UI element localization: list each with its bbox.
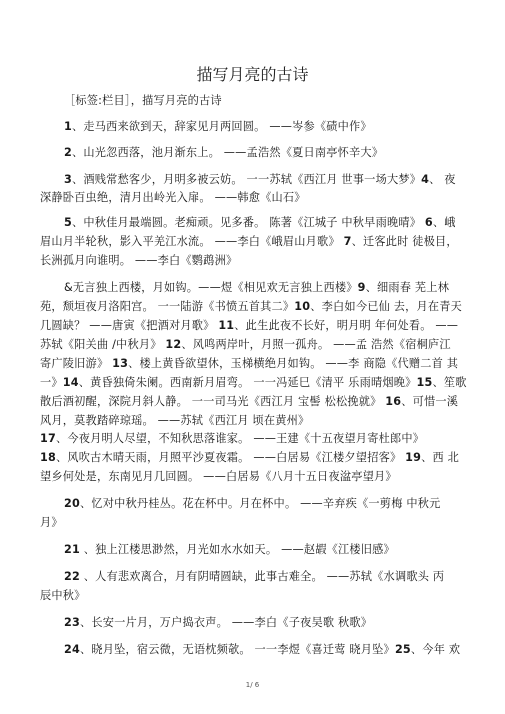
line-text: 望乡何处是，东南见月几回圆。 ——白居易《八月十五日夜湓亭望月》 [40, 470, 397, 483]
line-text: 、走马西来欲到天，辞家见月两回圆。 ——岑参《碛中作》 [72, 120, 372, 133]
line-number: 13 [112, 357, 128, 370]
line-text: 、此生此夜不长好，明月明 年何处看。 —— [234, 319, 458, 332]
poem-line-13: 一》14、黄昏独倚朱阑。西南新月眉弯。 一一冯延巳《清平 乐雨晴烟晚》15、笙歌 [40, 376, 467, 390]
line-text: 、迁客此时 徒极目， [352, 235, 458, 248]
line-number: 10 [294, 300, 310, 313]
line-number: 5 [64, 216, 72, 229]
line-text: 眉山月半轮秋，影入平羌江水流。 ——李白《峨眉山月歌》 [40, 235, 344, 248]
line-text: 、晓月坠，宿云微，无语枕频欹。 一一李煜《喜迁莺 晓月坠》 [80, 643, 395, 656]
line-text: 深静卧百虫绝，清月出岭光入扉。 ——韩愈《山石》 [40, 191, 306, 204]
poem-line-2: 2、山光忽西落，池月渐东上。 ——孟浩然《夏日南亭怀辛大》 [64, 146, 383, 160]
line-text: 、今夜月明人尽望，不知秋思落谁家。 ——王建《十五夜望月寄杜郎中》 [56, 432, 424, 445]
line-number: 18 [40, 451, 56, 464]
poem-line-3: 3、酒贱常愁客少，月明多被云妨。 一一苏轼《西江月 世事一场大梦》4、 夜 [64, 173, 456, 187]
line-number: 1 [64, 120, 72, 133]
line-text: 苏轼《阳关曲 /中秋月》 [40, 338, 165, 351]
page-indicator: 1/ 6 [0, 681, 505, 689]
tag-line: ［标签:栏目］，描写月亮的古诗 [64, 94, 222, 108]
poem-line-19: 20、忆对中秋丹桂丛。花在杯中。月在杯中。 ——辛弃疾《一剪梅 中秋元 [64, 497, 441, 511]
line-number: 20 [64, 497, 80, 510]
line-number: 24 [64, 643, 80, 656]
poem-line-7: 长洲孤月向谁明。 ——李白《鹦鹉洲》 [40, 254, 237, 268]
line-text: 一》 [40, 376, 63, 389]
line-text: 、人有悲欢离合，月有阴晴圆缺，此事古难全。 ——苏轼《水调歌头 丙 [80, 570, 444, 583]
line-text: 、笙歌 [432, 376, 466, 389]
line-text: 苑，颓垣夜月洛阳宫。 一一陆游《书愤五首其二》 [40, 300, 294, 313]
line-text: 、黄昏独倚朱阑。西南新月眉弯。 一一冯延巳《清平 乐雨晴烟晚》 [79, 376, 417, 389]
line-number: 17 [40, 432, 56, 445]
line-number: 2 [64, 146, 72, 159]
line-text: 月》 [40, 516, 63, 529]
line-text: 、今年 欢 [411, 643, 460, 656]
document-page: 描写月亮的古诗 ［标签:栏目］，描写月亮的古诗 1、走马西来欲到天，辞家见月两回… [0, 0, 505, 714]
line-number: 14 [63, 376, 79, 389]
page-title: 描写月亮的古诗 [0, 62, 505, 85]
poem-line-25: 24、晓月坠，宿云微，无语枕频欹。 一一李煜《喜迁莺 晓月坠》25、今年 欢 [64, 643, 460, 657]
poem-line-4: 深静卧百虫绝，清月出岭光入扉。 ——韩愈《山石》 [40, 191, 306, 205]
line-text: 、西 北 [421, 451, 459, 464]
line-number: 3 [64, 173, 72, 186]
poem-line-6: 眉山月半轮秋，影入平羌江水流。 ——李白《峨眉山月歌》 7、迁客此时 徒极目， [40, 235, 458, 249]
poem-line-17: 18、风吹古木晴天雨，月照平沙夏夜霜。 ——白居易《江楼夕望招客》 19、西 北 [40, 451, 459, 465]
poem-line-15: 风月，莫教踏碎琼瑶。 ——苏轼《西江月 顷在黄州》 [40, 414, 309, 428]
poem-line-11: 苏轼《阳关曲 /中秋月》 12、风鸣两岸叶，月照一孤舟。 ——孟 浩然《宿桐庐江 [40, 338, 451, 352]
line-text: 长洲孤月向谁明。 ——李白《鹦鹉洲》 [40, 254, 237, 267]
line-text: 、李白如今已仙 去，月在青天 [310, 300, 462, 313]
line-text: &无言独上西楼，月如钩。——煜《相见欢无言独上西楼》 [64, 281, 358, 294]
line-number: 15 [417, 376, 433, 389]
poem-line-1: 1、走马西来欲到天，辞家见月两回圆。 ——岑参《碛中作》 [64, 120, 372, 134]
line-text: 、风鸣两岸叶，月照一孤舟。 ——孟 浩然《宿桐庐江 [181, 338, 450, 351]
line-number: 16 [385, 395, 401, 408]
line-text: 、独上江楼思渺然，月光如水水如天。 ——赵嘏《江楼旧感》 [80, 543, 395, 556]
line-text: 散后酒初醒，深院月斜人静。 一一司马光《西江月 宝髻 松松挽就》 [40, 395, 385, 408]
line-number: 25 [395, 643, 411, 656]
line-text: 、可惜一溪 [401, 395, 458, 408]
line-text: 、忆对中秋丹桂丛。花在杯中。月在杯中。 ——辛弃疾《一剪梅 中秋元 [80, 497, 441, 510]
line-number: 22 [64, 570, 80, 583]
poem-line-8: &无言独上西楼，月如钩。——煜《相见欢无言独上西楼》9、细雨春 芜上林 [64, 281, 449, 295]
line-number: 21 [64, 543, 80, 556]
poem-line-14: 散后酒初醒，深院月斜人静。 一一司马光《西江月 宝髻 松松挽就》 16、可惜一溪 [40, 395, 458, 409]
line-text: 、峨 [433, 216, 456, 229]
poem-line-22: 22 、人有悲欢离合，月有阴晴圆缺，此事古难全。 ——苏轼《水调歌头 丙 [64, 570, 444, 584]
poem-line-9: 苑，颓垣夜月洛阳宫。 一一陆游《书愤五首其二》10、李白如今已仙 去，月在青天 [40, 300, 462, 314]
line-text: 辰中秋》 [40, 589, 86, 602]
line-number: 6 [425, 216, 433, 229]
line-text: 几圆缺？ ——唐寅《把酒对月歌》 [40, 319, 218, 332]
line-number: 4 [421, 173, 429, 186]
line-text: 、风吹古木晴天雨，月照平沙夏夜霜。 ——白居易《江楼夕望招客》 [56, 451, 405, 464]
line-text: 、酒贱常愁客少，月明多被云妨。 一一苏轼《西江月 世事一场大梦》 [72, 173, 421, 186]
poem-line-18: 望乡何处是，东南见月几回圆。 ——白居易《八月十五日夜湓亭望月》 [40, 470, 397, 484]
line-number: 9 [358, 281, 366, 294]
line-text: 风月，莫教踏碎琼瑶。 ——苏轼《西江月 顷在黄州》 [40, 414, 309, 427]
line-text: 寄广陵旧游》 [40, 357, 112, 370]
line-text: 、 夜 [429, 173, 456, 186]
poem-line-12: 寄广陵旧游》 13、楼上黄昏欲望休，玉梯横绝月如钩。 ——李 商隐《代赠二首 其 [40, 357, 458, 371]
poem-line-5: 5、中秋佳月最端圆。老痴顽。见多番。 陈著《江城子 中秋早雨晚晴》 6、峨 [64, 216, 456, 230]
line-text: 、长安一片月，万户捣衣声。 ——李白《子夜吴歌 秋歌》 [80, 616, 372, 629]
poem-line-23: 辰中秋》 [40, 589, 86, 603]
line-number: 7 [344, 235, 352, 248]
poem-line-24: 23、长安一片月，万户捣衣声。 ——李白《子夜吴歌 秋歌》 [64, 616, 372, 630]
line-number: 19 [405, 451, 421, 464]
line-text: 、楼上黄昏欲望休，玉梯横绝月如钩。 ——李 商隐《代赠二首 其 [128, 357, 458, 370]
poem-line-20: 月》 [40, 516, 63, 530]
line-text: 、中秋佳月最端圆。老痴顽。见多番。 陈著《江城子 中秋早雨晚晴》 [72, 216, 425, 229]
line-text: 、细雨春 芜上林 [366, 281, 449, 294]
line-number: 12 [165, 338, 181, 351]
line-number: 11 [218, 319, 234, 332]
line-text: 、山光忽西落，池月渐东上。 ——孟浩然《夏日南亭怀辛大》 [72, 146, 383, 159]
poem-line-16: 17、今夜月明人尽望，不知秋思落谁家。 ——王建《十五夜望月寄杜郎中》 [40, 432, 424, 446]
poem-line-21: 21 、独上江楼思渺然，月光如水水如天。 ——赵嘏《江楼旧感》 [64, 543, 395, 557]
line-number: 23 [64, 616, 80, 629]
poem-line-10: 几圆缺？ ——唐寅《把酒对月歌》 11、此生此夜不长好，明月明 年何处看。 —— [40, 319, 458, 333]
